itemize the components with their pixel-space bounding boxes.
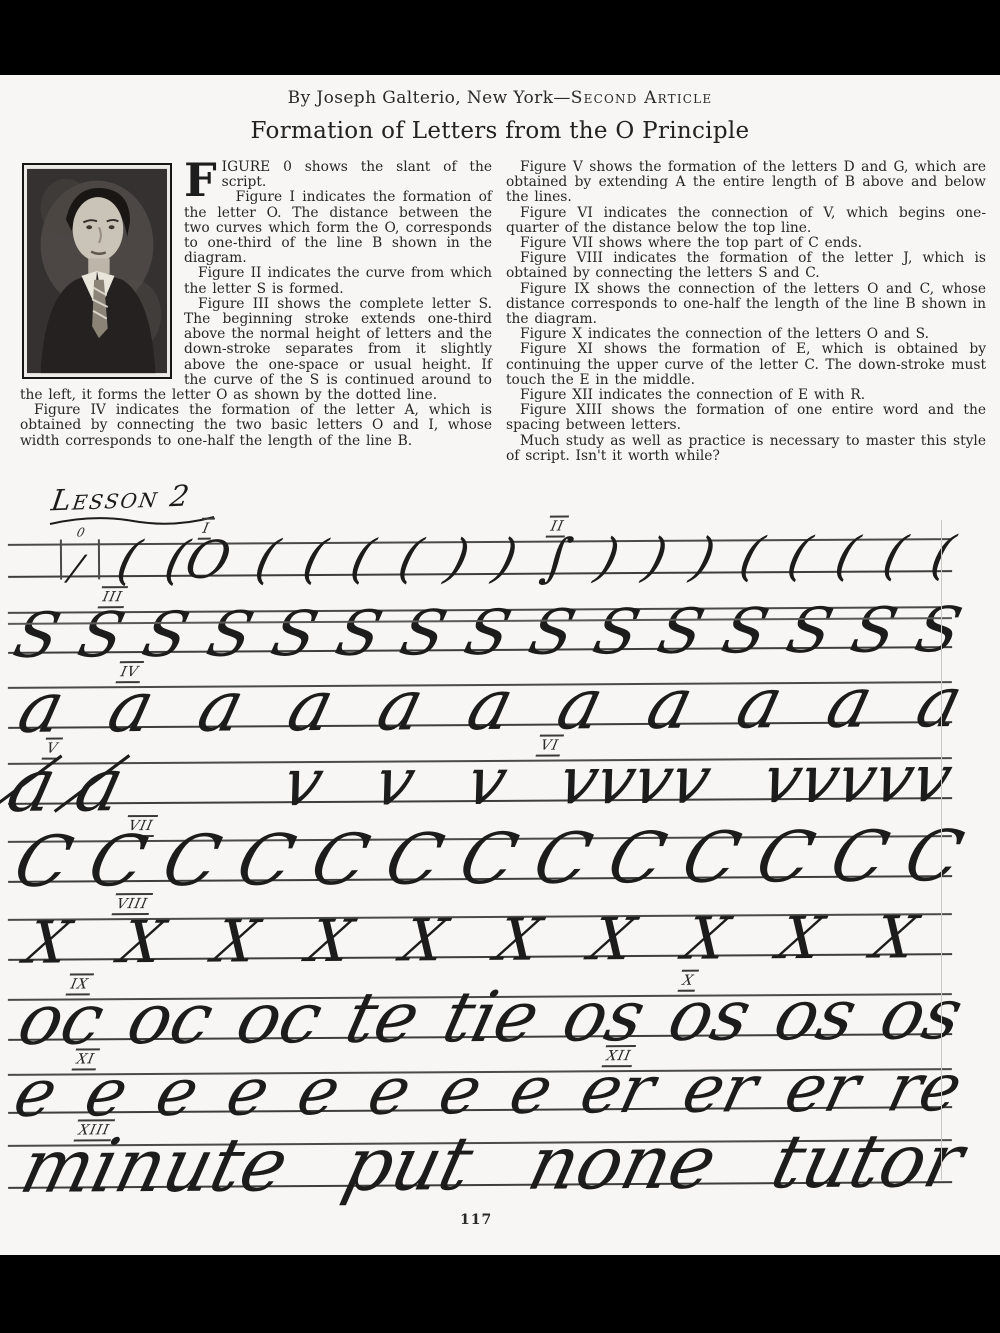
practice-row-3: IV aaaaaaaaaaa [8, 681, 952, 729]
portrait-image [27, 168, 167, 374]
practice-letters-dg: a̸ a̸ [1, 748, 131, 823]
bottom-black-bar [0, 1255, 1000, 1333]
right-paragraph-9: Figure XIII shows the formation of one e… [506, 403, 986, 433]
practice-letters-s: SSSSSSSSSSSSSSS [8, 599, 967, 667]
right-paragraph-7: Figure XI shows the formation of E, whic… [506, 342, 986, 388]
page-edge-shadow [941, 520, 942, 1180]
right-paragraph-4: Figure VIII indicates the formation of t… [506, 251, 986, 281]
practice-letters-a: aaaaaaaaaaa [12, 667, 969, 743]
right-column: Figure V shows the formation of the lett… [506, 160, 986, 464]
practice-row-6: VIII XXXXXXXXXX [8, 913, 952, 961]
practice-row-2: III SSSSSSSSSSSSSSS [8, 606, 952, 654]
practice-row-1: 0 ∕ I II ((O(((())∫)))((((( [8, 538, 952, 578]
right-paragraph-5: Figure IX shows the connection of the le… [506, 282, 986, 328]
right-paragraph-10: Much study as well as practice is necess… [506, 434, 986, 464]
slant-stroke-cell: ∕ [60, 539, 100, 579]
practice-row-9: XIII minuteputnonetutor [8, 1139, 952, 1189]
right-paragraph-2: Figure VI indicates the connection of V,… [506, 206, 986, 236]
byline: By Joseph Galterio, New York—Second Arti… [0, 88, 1000, 108]
lesson-heading-flourish [48, 512, 218, 528]
slant-stroke: ∕ [66, 551, 86, 585]
left-column: FIGURE 0 shows the slant of the script. … [20, 160, 492, 464]
left-paragraph-5: Figure IV indicates the formation of the… [20, 403, 492, 449]
practice-row-4: V a̸ a̸ VI vvvvvvvvvvvv [8, 757, 952, 805]
right-paragraph-3: Figure VII shows where the top part of C… [506, 236, 986, 251]
top-black-bar [0, 0, 1000, 75]
practice-letters-e-er: eeeeeeeeerererre [8, 1055, 968, 1127]
practice-combinations-oc-os: ocococtetieosososos [12, 979, 969, 1055]
practice-row-8: XI XII eeeeeeeeerererre [8, 1068, 952, 1114]
right-paragraph-8: Figure XII indicates the connection of E… [506, 388, 986, 403]
practice-letters-v: vvvvvvvvvvvv [276, 746, 958, 816]
page-title: Formation of Letters from the O Principl… [0, 118, 1000, 144]
article-body: FIGURE 0 shows the slant of the script. … [20, 160, 986, 464]
practice-letters-c: CCCCCCCCCCCCC [8, 821, 969, 897]
practice-words: minuteputnonetutor [14, 1124, 970, 1204]
right-paragraph-1: Figure V shows the formation of the lett… [506, 160, 986, 206]
dropcap-letter: F [184, 160, 222, 198]
right-paragraph-6: Figure X indicates the connection of the… [506, 327, 986, 342]
practice-strokes-o-curves: ((O(((())∫)))((((( [112, 530, 959, 587]
practice-row-7: IX X ocococtetieosososos [8, 993, 952, 1041]
practice-row-5: VII CCCCCCCCCCCCC [8, 835, 952, 883]
practice-letters-j: XXXXXXXXXX [20, 908, 922, 972]
byline-article-number: Second Article [571, 88, 713, 108]
left-paragraph-1-text: IGURE 0 shows the slant of the script. [222, 159, 492, 190]
byline-author: By Joseph Galterio, New York— [288, 88, 571, 108]
author-portrait [22, 163, 172, 379]
page-number: 117 [460, 1212, 492, 1228]
